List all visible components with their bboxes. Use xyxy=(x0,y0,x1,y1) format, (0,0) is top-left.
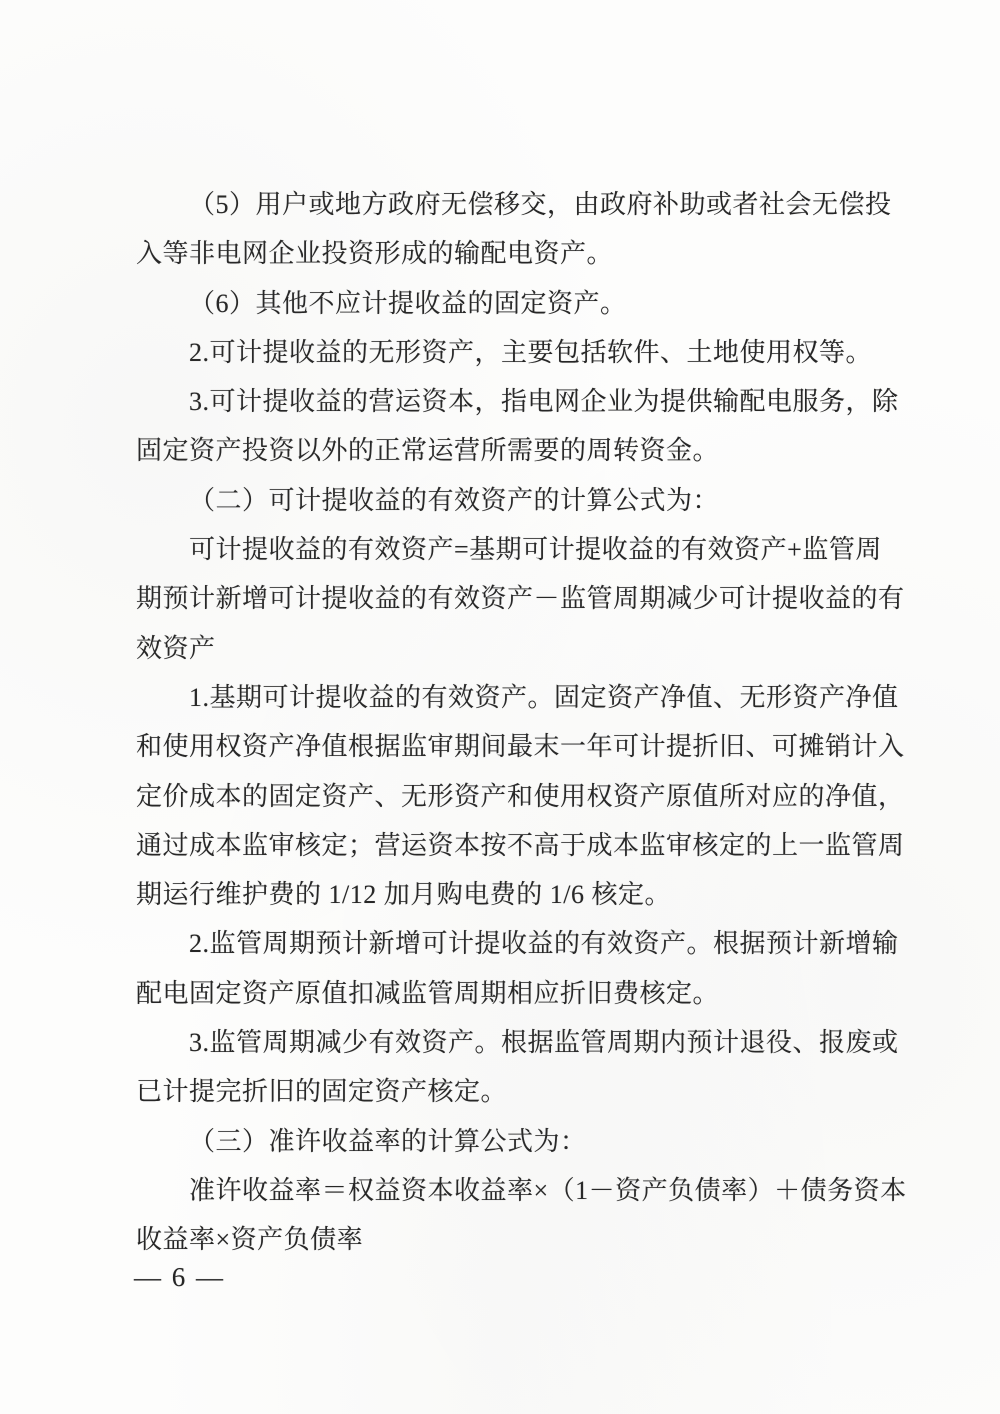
paragraph-line: 3.监管周期减少有效资产。根据监管周期内预计退役、报废或 xyxy=(136,1018,880,1067)
formula-line: 期预计新增可计提收益的有效资产－监管周期减少可计提收益的有 xyxy=(136,574,880,623)
paragraph-line: （6）其他不应计提收益的固定资产。 xyxy=(136,279,880,328)
section-heading-line: （二）可计提收益的有效资产的计算公式为： xyxy=(136,476,880,525)
paragraph-line: 和使用权资产净值根据监审期间最末一年可计提折旧、可摊销计入 xyxy=(136,722,880,771)
page-number: — 6 — xyxy=(134,1253,225,1302)
paragraph-line: 固定资产投资以外的正常运营所需要的周转资金。 xyxy=(136,426,880,475)
formula-line: 准许收益率＝权益资本收益率×（1－资产负债率）＋债务资本 xyxy=(136,1166,880,1215)
paragraph-line: 通过成本监审核定；营运资本按不高于成本监审核定的上一监管周 xyxy=(136,821,880,870)
paragraph-line: 定价成本的固定资产、无形资产和使用权资产原值所对应的净值， xyxy=(136,772,880,821)
formula-line: 效资产 xyxy=(136,624,880,673)
paragraph-line: 2.监管周期预计新增可计提收益的有效资产。根据预计新增输 xyxy=(136,919,880,968)
paragraph-line: 2.可计提收益的无形资产，主要包括软件、土地使用权等。 xyxy=(136,328,880,377)
paragraph-line: 已计提完折旧的固定资产核定。 xyxy=(136,1067,880,1116)
formula-line: 收益率×资产负债率 xyxy=(136,1215,880,1264)
paragraph-line: （5）用户或地方政府无偿移交，由政府补助或者社会无偿投 xyxy=(136,180,880,229)
document-page: （5）用户或地方政府无偿移交，由政府补助或者社会无偿投 入等非电网企业投资形成的… xyxy=(0,0,1000,1414)
document-body: （5）用户或地方政府无偿移交，由政府补助或者社会无偿投 入等非电网企业投资形成的… xyxy=(136,180,880,1265)
paragraph-line: 3.可计提收益的营运资本，指电网企业为提供输配电服务，除 xyxy=(136,377,880,426)
paragraph-line: 入等非电网企业投资形成的输配电资产。 xyxy=(136,229,880,278)
section-heading-line: （三）准许收益率的计算公式为： xyxy=(136,1117,880,1166)
formula-line: 可计提收益的有效资产=基期可计提收益的有效资产+监管周 xyxy=(136,525,880,574)
paragraph-line: 配电固定资产原值扣减监管周期相应折旧费核定。 xyxy=(136,969,880,1018)
paragraph-line: 1.基期可计提收益的有效资产。固定资产净值、无形资产净值 xyxy=(136,673,880,722)
paragraph-line: 期运行维护费的 1/12 加月购电费的 1/6 核定。 xyxy=(136,870,880,919)
